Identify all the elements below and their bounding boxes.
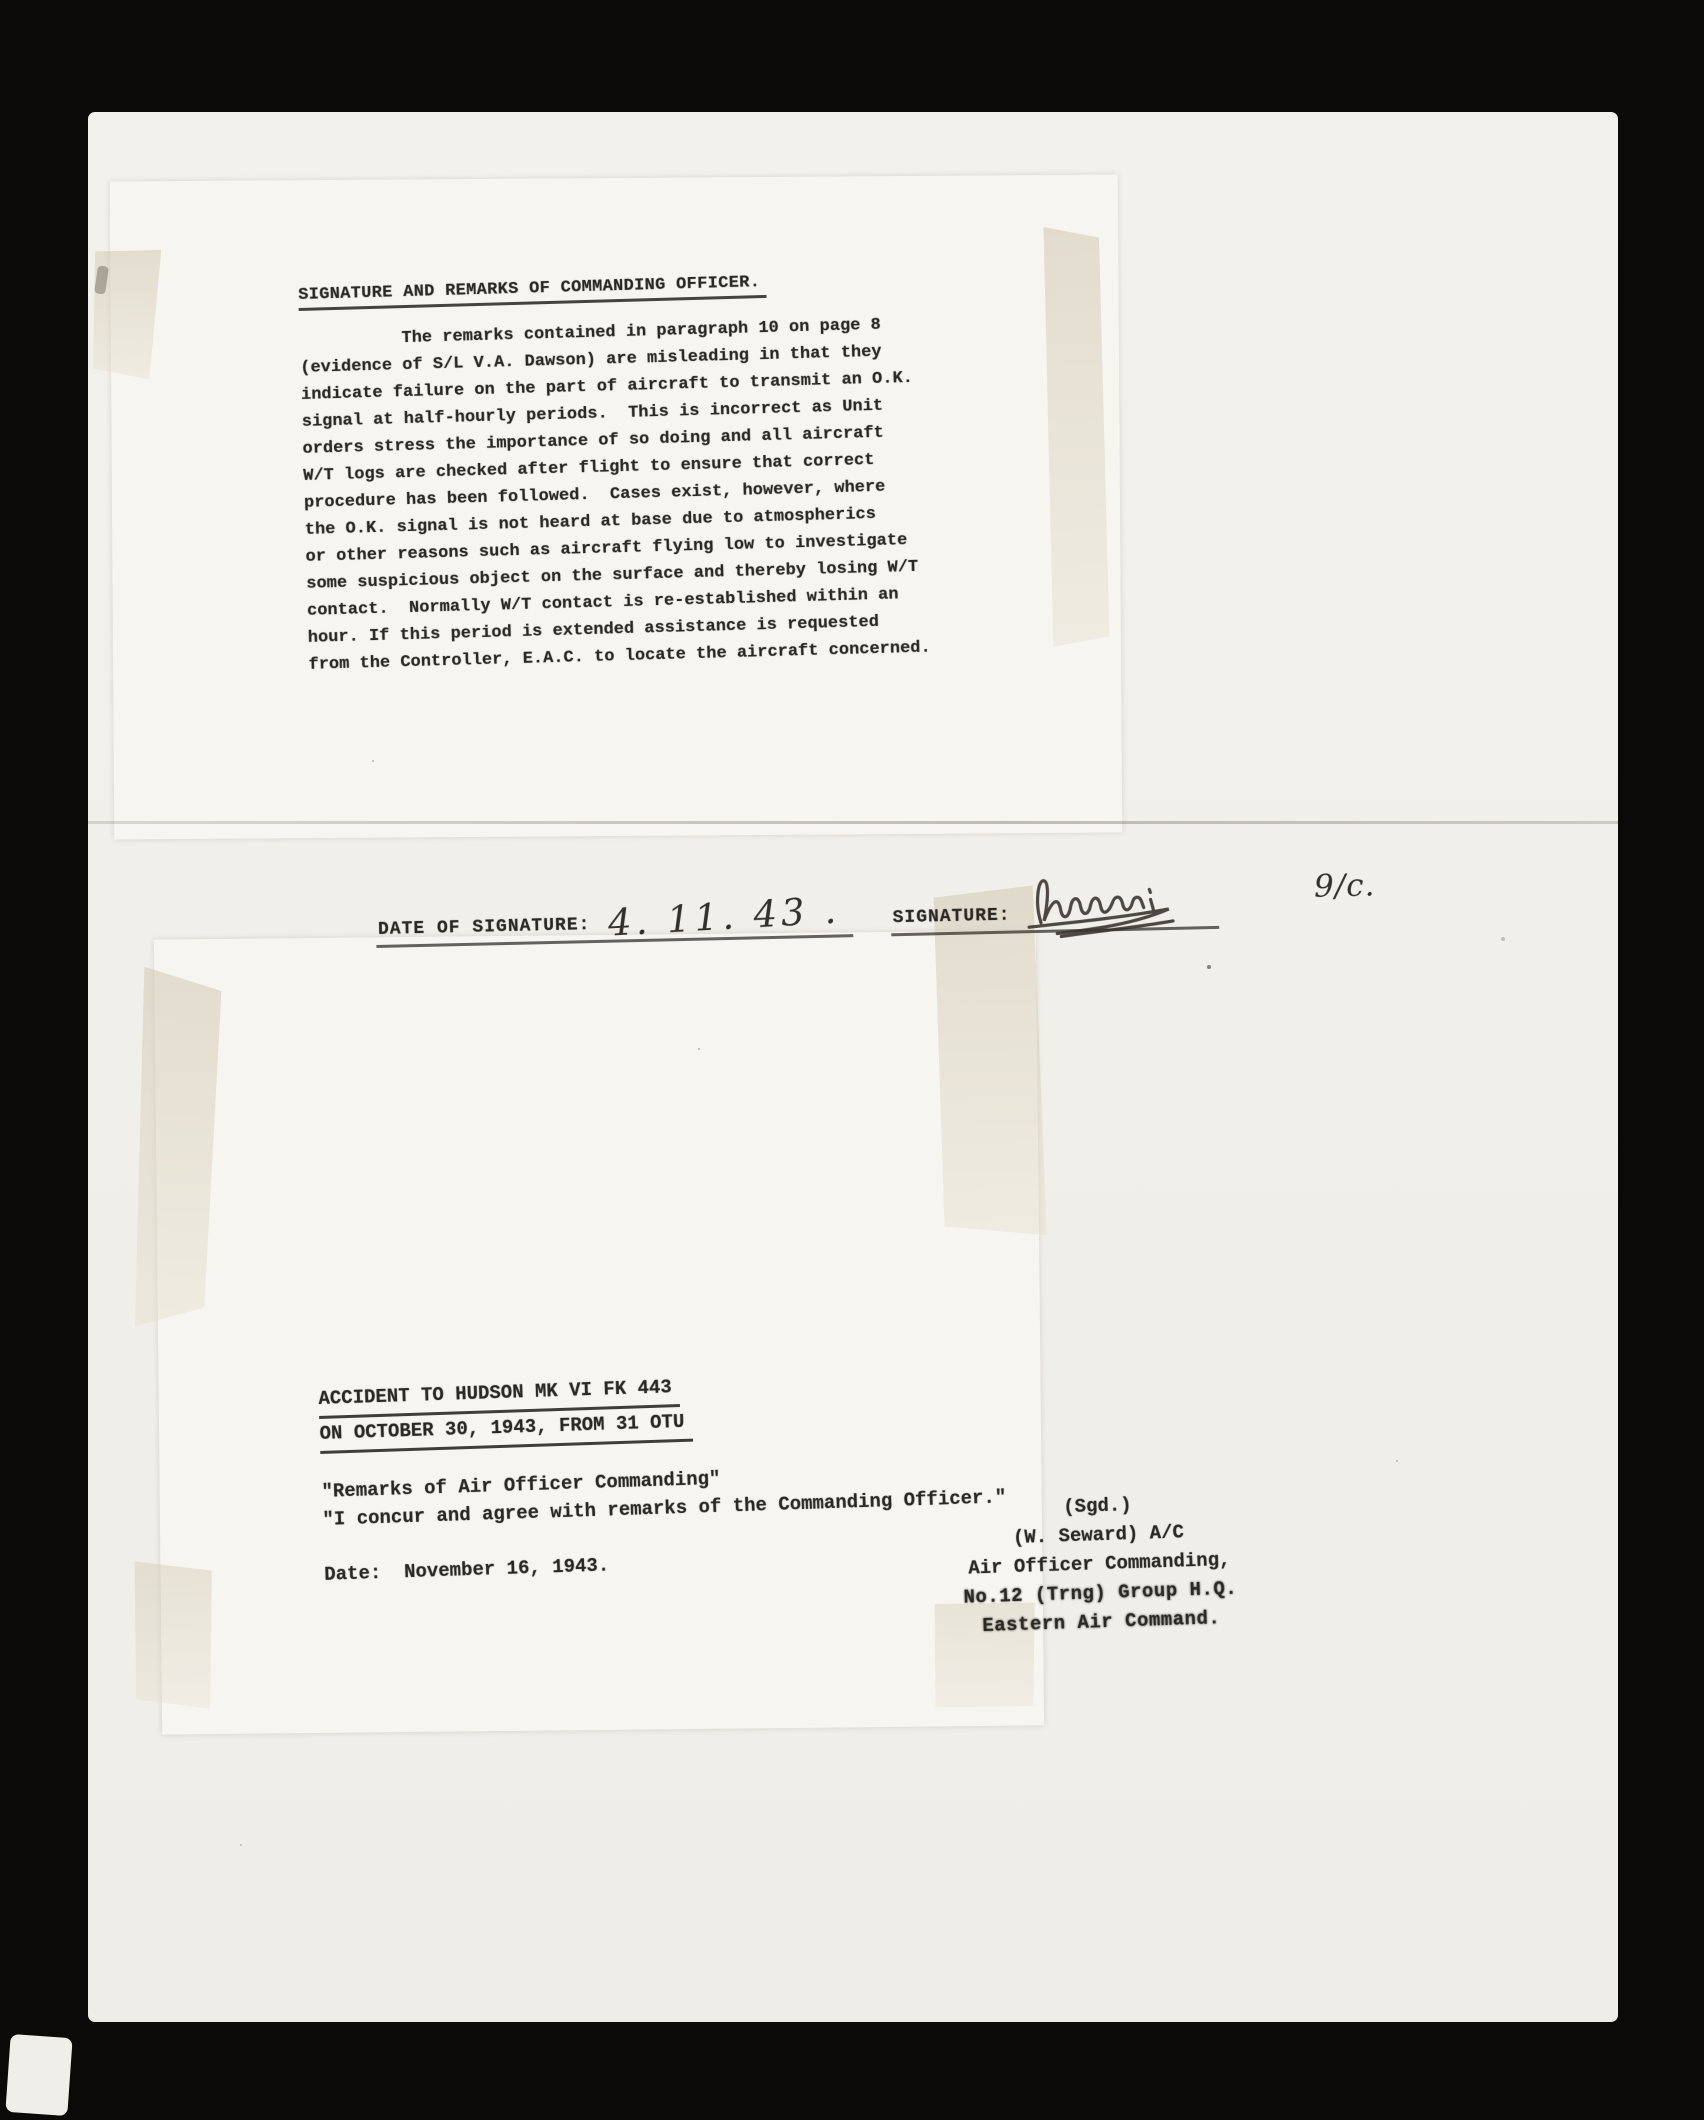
scan-corner-artifact <box>5 2034 72 2116</box>
tape-mark-lower-left <box>131 1559 216 1712</box>
signed-block: (Sgd.) (W. Seward) A/C Air Officer Comma… <box>882 1485 1317 1644</box>
signature-rank: 9/c. <box>1314 867 1376 904</box>
remarks-paragraph: The remarks contained in paragraph 10 on… <box>299 311 931 679</box>
dust-specks <box>0 0 2 2</box>
signature-field: SIGNATURE: <box>890 865 1219 936</box>
scanned-document-page: { "upper_doc": { "title": "SIGNATURE AND… <box>0 0 1704 2120</box>
upper-document: SIGNATURE AND REMARKS OF COMMANDING OFFI… <box>298 269 931 679</box>
date-of-signature-label: DATE OF SIGNATURE: <box>378 915 591 940</box>
signature-label: SIGNATURE: <box>892 906 1010 929</box>
lower-document: ACCIDENT TO HUDSON MK VI FK 443 ON OCTOB… <box>318 1361 1009 1591</box>
date-of-signature-value: 4. 11. 43 . <box>607 891 841 941</box>
page-fold-seam <box>88 821 1618 824</box>
signature-scribble <box>1026 864 1254 941</box>
